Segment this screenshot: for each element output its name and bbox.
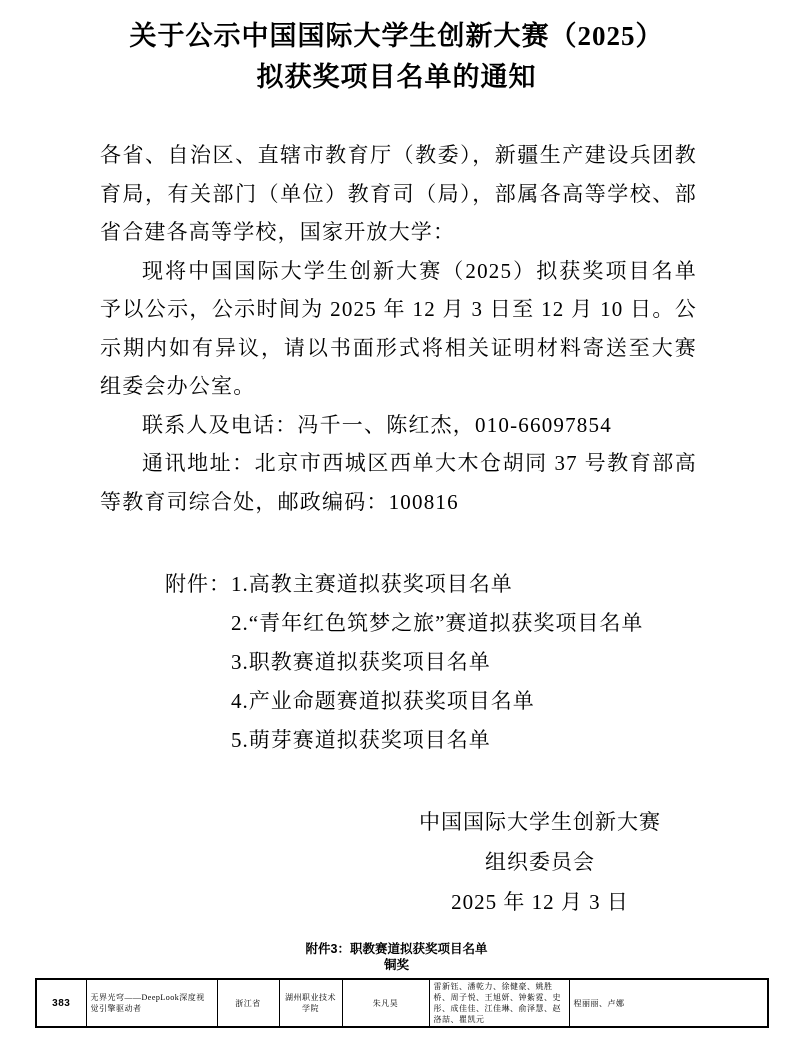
signature-date: 2025 年 12 月 3 日 [390, 882, 690, 922]
signature-block: 中国国际大学生创新大赛 组织委员会 2025 年 12 月 3 日 [390, 802, 690, 922]
attachment-item: 1.高教主赛道拟获奖项目名单 [231, 565, 643, 604]
award-level-heading: 铜奖 [0, 957, 793, 973]
attachment-item: 5.萌芽赛道拟获奖项目名单 [231, 721, 643, 760]
attachment-item: 2.“青年红色筑梦之旅”赛道拟获奖项目名单 [231, 604, 643, 643]
cell-province: 浙江省 [217, 979, 279, 1027]
document-title-line2: 拟获奖项目名单的通知 [0, 57, 793, 98]
attachment-item: 4.产业命题赛道拟获奖项目名单 [231, 682, 643, 721]
cell-members: 雷新钰、潘乾力、徐健豪、姚胜桥、周子悦、王旭妍、钟紫霓、史彤、成佳佳、江佳琳、俞… [429, 979, 569, 1027]
cell-project-name: 无界光穹——DeepLook深度视觉引擎驱动者 [86, 979, 217, 1027]
announcement-paragraph: 现将中国国际大学生创新大赛（2025）拟获奖项目名单予以公示，公示时间为 202… [100, 252, 697, 406]
attachment-item: 3.职教赛道拟获奖项目名单 [231, 643, 643, 682]
notice-document-page: 关于公示中国国际大学生创新大赛（2025） 拟获奖项目名单的通知 各省、自治区、… [0, 0, 793, 1041]
contact-paragraph: 联系人及电话：冯千一、陈红杰，010-66097854 [100, 406, 697, 445]
address-paragraph: 通讯地址：北京市西城区西单大木仓胡同 37 号教育部高等教育司综合处，邮政编码：… [100, 444, 697, 521]
salutation-paragraph: 各省、自治区、直辖市教育厅（教委），新疆生产建设兵团教育局，有关部门（单位）教育… [100, 136, 697, 252]
table-row: 383 无界光穹——DeepLook深度视觉引擎驱动者 浙江省 湖州职业技术学院… [36, 979, 768, 1027]
signature-org-line1: 中国国际大学生创新大赛 [390, 802, 690, 842]
attachments-items: 1.高教主赛道拟获奖项目名单 2.“青年红色筑梦之旅”赛道拟获奖项目名单 3.职… [231, 565, 643, 760]
document-title-line1: 关于公示中国国际大学生创新大赛（2025） [0, 16, 793, 57]
award-table-caption: 附件3：职教赛道拟获奖项目名单 [0, 941, 793, 957]
cell-teachers: 程丽丽、卢娜 [569, 979, 768, 1027]
attachments-list: 附件： 1.高教主赛道拟获奖项目名单 2.“青年红色筑梦之旅”赛道拟获奖项目名单… [165, 565, 793, 760]
award-table-section: 附件3：职教赛道拟获奖项目名单 铜奖 383 无界光穹——DeepLook深度视… [0, 941, 793, 973]
award-table: 383 无界光穹——DeepLook深度视觉引擎驱动者 浙江省 湖州职业技术学院… [35, 978, 769, 1028]
document-body: 各省、自治区、直辖市教育厅（教委），新疆生产建设兵团教育局，有关部门（单位）教育… [100, 136, 697, 521]
attachments-label: 附件： [165, 565, 231, 760]
cell-school: 湖州职业技术学院 [279, 979, 342, 1027]
document-title: 关于公示中国国际大学生创新大赛（2025） 拟获奖项目名单的通知 [0, 0, 793, 98]
cell-seq-number: 383 [36, 979, 86, 1027]
cell-leader: 朱凡昊 [342, 979, 429, 1027]
signature-org-line2: 组织委员会 [390, 842, 690, 882]
